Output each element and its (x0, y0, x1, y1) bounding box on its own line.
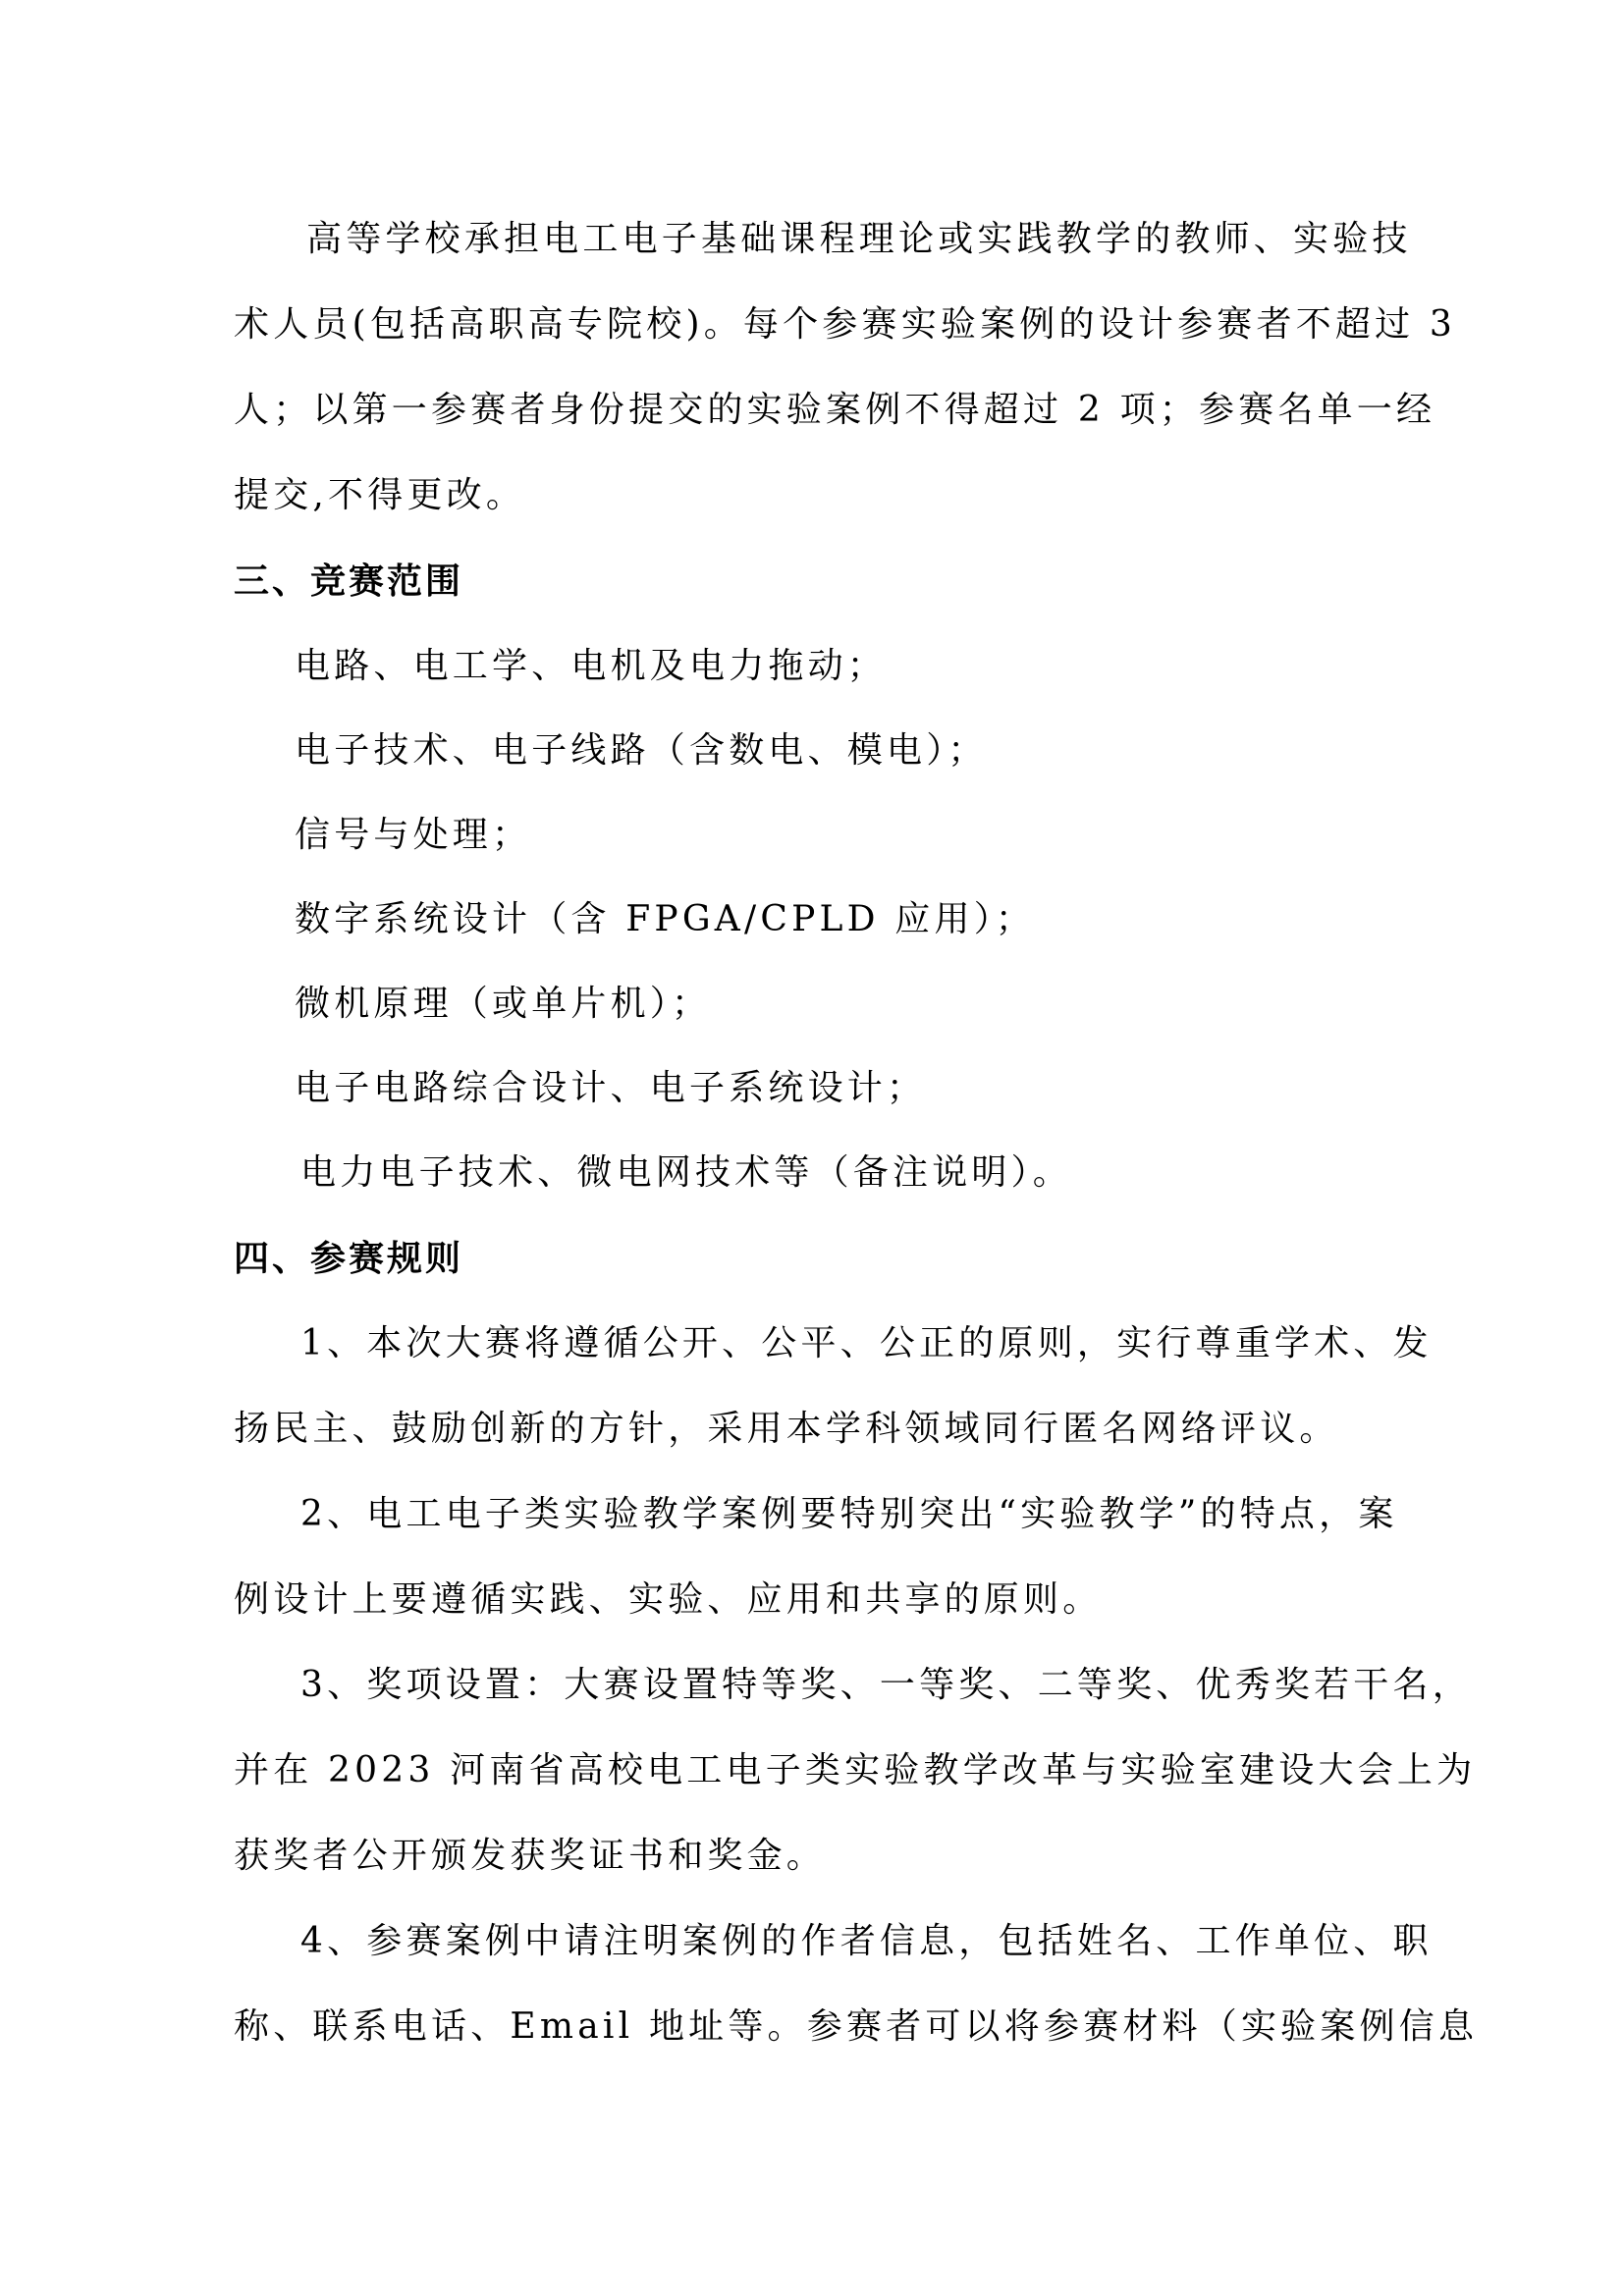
paragraph-eligibility-line: 术人员(包括高职高专院校)。每个参赛实验案例的设计参赛者不超过 3 (234, 295, 1456, 354)
rule-1-line: 扬民主、鼓励创新的方针，采用本学科领域同行匿名网络评议。 (234, 1400, 1339, 1459)
rule-3-line: 获奖者公开颁发获奖证书和奖金。 (234, 1827, 826, 1886)
scope-item: 电子技术、电子线路（含数电、模电）； (295, 721, 988, 780)
scope-item: 数字系统设计（含 FPGA/CPLD 应用）； (295, 890, 1035, 949)
rule-3-line: 并在 2023 河南省高校电工电子类实验教学改革与实验室建设大会上为 (234, 1741, 1476, 1800)
rule-2-line: 2、电工电子类实验教学案例要特别突出“实验教学”的特点，案 (300, 1485, 1398, 1544)
rule-3-line: 3、奖项设置：大赛设置特等奖、一等奖、二等奖、优秀奖若干名， (300, 1656, 1472, 1715)
scope-item: 微机原理（或单片机）； (295, 975, 711, 1034)
paragraph-eligibility-line: 人；以第一参赛者身份提交的实验案例不得超过 2 项；参赛名单一经 (234, 381, 1435, 440)
section-heading-scope: 三、竞赛范围 (234, 552, 463, 611)
scope-item: 电力电子技术、微电网技术等（备注说明）。 (300, 1144, 1072, 1202)
section-heading-rules: 四、参赛规则 (234, 1229, 463, 1288)
paragraph-eligibility-line: 高等学校承担电工电子基础课程理论或实践教学的教师、实验技 (306, 210, 1412, 269)
scope-item: 电子电路综合设计、电子系统设计； (295, 1059, 926, 1118)
rule-4-line: 4、参赛案例中请注明案例的作者信息，包括姓名、工作单位、职 (300, 1912, 1433, 1971)
rule-4-line: 称、联系电话、Email 地址等。参赛者可以将参赛材料（实验案例信息 (234, 1998, 1478, 2056)
paragraph-eligibility-line: 提交,不得更改。 (234, 466, 525, 525)
scope-item: 电路、电工学、电机及电力拖动； (295, 637, 887, 696)
scope-item: 信号与处理； (295, 806, 531, 865)
rule-1-line: 1、本次大赛将遵循公开、公平、公正的原则，实行尊重学术、发 (300, 1314, 1433, 1373)
rule-2-line: 例设计上要遵循实践、实验、应用和共享的原则。 (234, 1571, 1102, 1629)
